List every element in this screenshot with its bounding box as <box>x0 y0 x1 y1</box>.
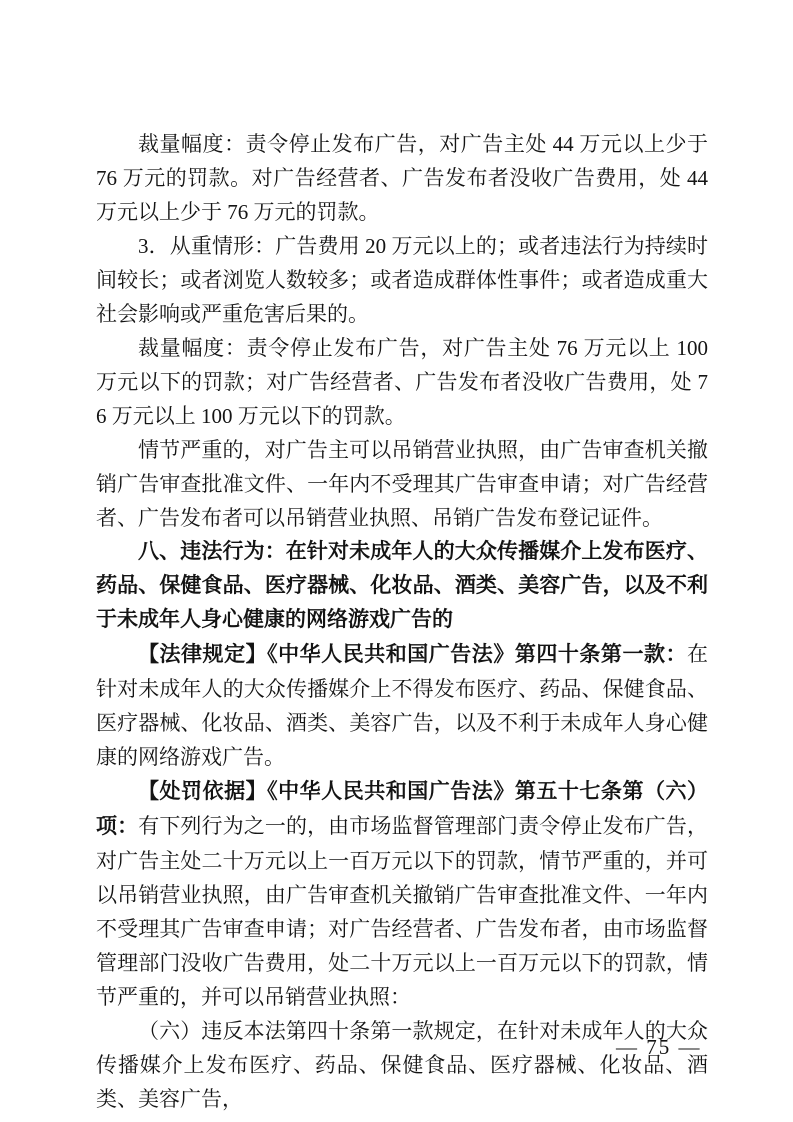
paragraph-severe-case: 情节严重的，对广告主可以吊销营业执照，由广告审查机关撤销广告审查批准文件、一年内… <box>96 433 708 535</box>
paragraph-penalty-basis: 【处罚依据】《中华人民共和国广告法》第五十七条第（六）项：有下列行为之一的，由市… <box>96 774 708 1014</box>
page-number: — 75 — <box>616 1034 702 1060</box>
document-body: 裁量幅度：责令停止发布广告，对广告主处 44 万元以上少于 76 万元的罚款。对… <box>96 127 708 1116</box>
paragraph-discretion-mid: 裁量幅度：责令停止发布广告，对广告主处 44 万元以上少于 76 万元的罚款。对… <box>96 127 708 229</box>
legal-basis-label: 【法律规定】《中华人民共和国广告法》第四十条第一款： <box>138 643 687 666</box>
penalty-basis-text: 有下列行为之一的，由市场监督管理部门责令停止发布广告，对广告主处二十万元以上一百… <box>96 814 708 1009</box>
section-heading-illegal-act-8: 八、违法行为：在针对未成年人的大众传播媒介上发布医疗、药品、保健食品、医疗器械、… <box>96 535 708 637</box>
paragraph-discretion-high: 裁量幅度：责令停止发布广告，对广告主处 76 万元以上 100 万元以下的罚款；… <box>96 331 708 433</box>
paragraph-aggravating-circumstances: 3．从重情形：广告费用 20 万元以上的；或者违法行为持续时间较长；或者浏览人数… <box>96 229 708 331</box>
document-page: 裁量幅度：责令停止发布广告，对广告主处 44 万元以上少于 76 万元的罚款。对… <box>0 0 793 1122</box>
paragraph-legal-basis: 【法律规定】《中华人民共和国广告法》第四十条第一款：在针对未成年人的大众传播媒介… <box>96 637 708 774</box>
paragraph-item-six: （六）违反本法第四十条第一款规定，在针对未成年人的大众传播媒介上发布医疗、药品、… <box>96 1014 708 1116</box>
